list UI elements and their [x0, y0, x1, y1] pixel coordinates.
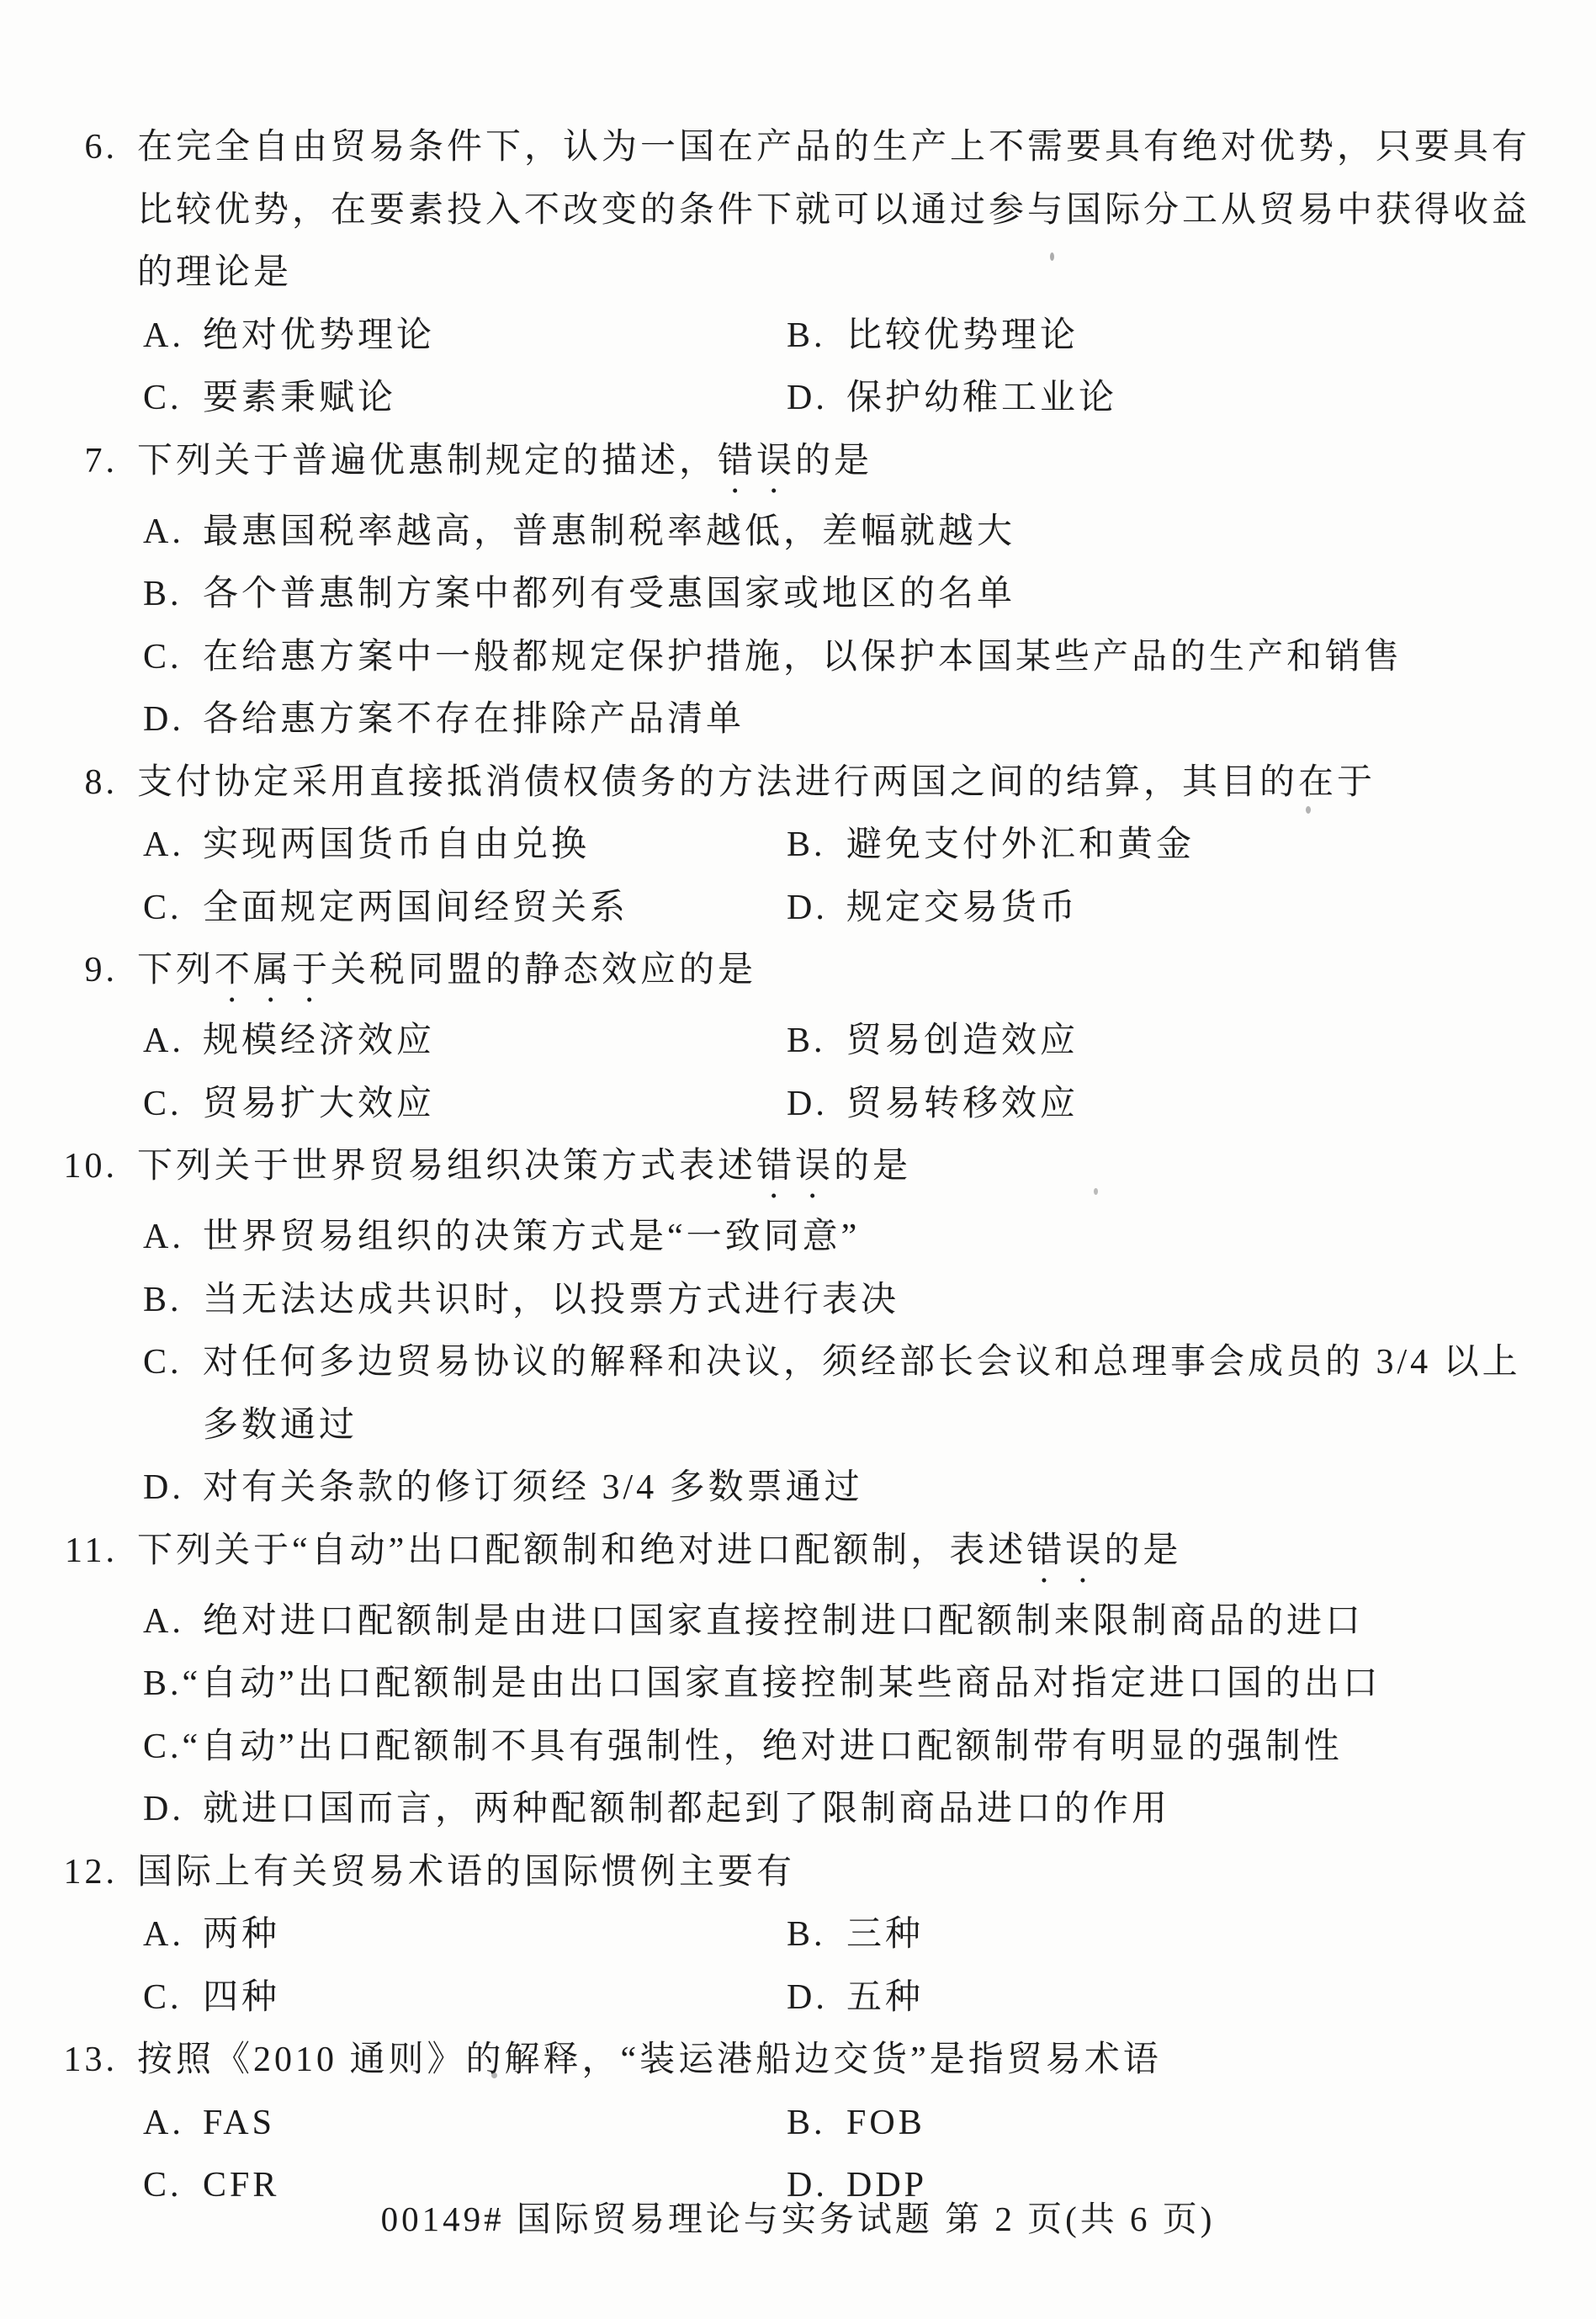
option-text: 对任何多边贸易协议的解释和决议，须经部长会议和总理事会成员的 3/4 以上 多数… — [203, 1331, 1546, 1457]
option-text: 三种 — [846, 1903, 1546, 1966]
question-13: 13. 按照《2010 通则》的解释，“装运港船边交货”是指贸易术语 A.FAS… — [0, 2029, 1596, 2217]
option-A: A.世界贸易组织的决策方式是“一致同意” — [143, 1206, 1546, 1269]
options-row: A.规模经济效应 B.贸易创造效应 — [0, 1010, 1596, 1073]
question-number: 13. — [0, 2029, 118, 2092]
option-D: D.五种 — [787, 1966, 1546, 2030]
option-C: C.“自动”出口配额制不具有强制性，绝对进口配额制带有明显的强制性 — [143, 1716, 1546, 1779]
stem-text: 下列关于世界贸易组织决策方式表述 — [137, 1147, 756, 1186]
scan-artifact — [1094, 1188, 1098, 1195]
stem-text: 的是 — [1104, 1531, 1181, 1570]
option-A: A.两种 — [143, 1903, 787, 1966]
option-B: B.当无法达成共识时，以投票方式进行表决 — [143, 1269, 1546, 1332]
question-stem-continuation: 的理论是 — [0, 241, 1596, 305]
options-row: C.贸易扩大效应 D.贸易转移效应 — [0, 1073, 1596, 1136]
question-stem: 下列关于“自动”出口配额制和绝对进口配额制，表述错误的是 — [137, 1520, 1534, 1590]
option-B: B.三种 — [787, 1903, 1546, 1966]
question-8: 8. 支付协定采用直接抵消债权债务的方法进行两国之间的结算，其目的在于 A.实现… — [0, 751, 1596, 940]
option-text-line: 多数通过 — [203, 1394, 1546, 1457]
options-row: C.要素秉赋论 D.保护幼稚工业论 — [0, 367, 1596, 430]
question-stem: 下列关于普遍优惠制规定的描述，错误的是 — [137, 430, 1534, 501]
scan-artifact — [1050, 252, 1054, 261]
question-stem: 下列关于世界贸易组织决策方式表述错误的是 — [137, 1135, 1534, 1206]
option-D: D.就进口国而言，两种配额制都起到了限制商品进口的作用 — [143, 1778, 1546, 1841]
options-row: A.绝对优势理论 B.比较优势理论 — [0, 305, 1596, 368]
option-A: A.绝对进口配额制是由进口国家直接控制进口配额制来限制商品的进口 — [143, 1590, 1546, 1653]
option-B: B.“自动”出口配额制是由出口国家直接控制某些商品对指定进口国的出口 — [143, 1653, 1546, 1716]
option-text: 规模经济效应 — [203, 1010, 787, 1073]
stem-text: 下列关于普遍优惠制规定的描述， — [137, 442, 718, 480]
option-label: A. — [143, 2092, 203, 2155]
stem-emphasized-text: 错误 — [756, 1147, 834, 1186]
question-7-stem-row: 7. 下列关于普遍优惠制规定的描述，错误的是 — [0, 430, 1596, 501]
options-row: A.两种 B.三种 — [0, 1903, 1596, 1966]
question-10: 10. 下列关于世界贸易组织决策方式表述错误的是 A.世界贸易组织的决策方式是“… — [0, 1135, 1596, 1520]
question-6: 6. 在完全自由贸易条件下，认为一国在产品的生产上不需要具有绝对优势，只要具有 … — [0, 116, 1596, 430]
question-number: 12. — [0, 1841, 118, 1904]
option-label: D. — [143, 1778, 203, 1841]
scan-artifact — [491, 2072, 497, 2078]
option-label: A. — [143, 501, 203, 564]
question-stem: 按照《2010 通则》的解释，“装运港船边交货”是指贸易术语 — [137, 2029, 1534, 2092]
question-number: 11. — [0, 1520, 118, 1590]
option-D: D.保护幼稚工业论 — [787, 367, 1546, 430]
option-D: D.各给惠方案不存在排除产品清单 — [143, 688, 1546, 751]
question-13-stem-row: 13. 按照《2010 通则》的解释，“装运港船边交货”是指贸易术语 — [0, 2029, 1596, 2092]
option-label: B. — [787, 305, 846, 368]
option-text: “自动”出口配额制不具有强制性，绝对进口配额制带有明显的强制性 — [183, 1716, 1546, 1779]
options-row: A.FAS B.FOB — [0, 2092, 1596, 2155]
option-text: 就进口国而言，两种配额制都起到了限制商品进口的作用 — [203, 1778, 1546, 1841]
option-A: A.规模经济效应 — [143, 1010, 787, 1073]
question-11: 11. 下列关于“自动”出口配额制和绝对进口配额制，表述错误的是 A.绝对进口配… — [0, 1520, 1596, 1841]
option-text: 贸易扩大效应 — [203, 1073, 787, 1136]
option-text: 全面规定两国间经贸关系 — [203, 877, 787, 940]
option-label: C. — [143, 367, 203, 430]
option-label: C. — [143, 1966, 203, 2030]
option-label: A. — [143, 305, 203, 368]
option-label: B. — [787, 2092, 846, 2155]
option-label: C. — [143, 877, 203, 940]
option-C: C.四种 — [143, 1966, 787, 2030]
option-label: D. — [787, 1073, 846, 1136]
option-label: D. — [787, 877, 846, 940]
stem-text: 关税同盟的静态效应的是 — [331, 951, 756, 990]
exam-page: 6. 在完全自由贸易条件下，认为一国在产品的生产上不需要具有绝对优势，只要具有 … — [0, 0, 1596, 2319]
option-text: 贸易转移效应 — [846, 1073, 1546, 1136]
stem-emphasized-text: 不属于 — [215, 951, 331, 990]
option-C-row: C.“自动”出口配额制不具有强制性，绝对进口配额制带有明显的强制性 — [0, 1716, 1596, 1779]
option-text: 在给惠方案中一般都规定保护措施，以保护本国某些产品的生产和销售 — [203, 626, 1546, 689]
options-row: A.实现两国货币自由兑换 B.避免支付外汇和黄金 — [0, 814, 1596, 877]
option-B: B.FOB — [787, 2092, 1546, 2155]
question-8-stem-row: 8. 支付协定采用直接抵消债权债务的方法进行两国之间的结算，其目的在于 — [0, 751, 1596, 815]
question-6-stem-row: 6. 在完全自由贸易条件下，认为一国在产品的生产上不需要具有绝对优势，只要具有 — [0, 116, 1596, 179]
scan-artifact — [1306, 806, 1311, 814]
option-A: A.绝对优势理论 — [143, 305, 787, 368]
option-text: 当无法达成共识时，以投票方式进行表决 — [203, 1269, 1546, 1332]
option-B-row: B.“自动”出口配额制是由出口国家直接控制某些商品对指定进口国的出口 — [0, 1653, 1596, 1716]
question-11-stem-row: 11. 下列关于“自动”出口配额制和绝对进口配额制，表述错误的是 — [0, 1520, 1596, 1590]
option-C: C.要素秉赋论 — [143, 367, 787, 430]
option-C-row: C. 对任何多边贸易协议的解释和决议，须经部长会议和总理事会成员的 3/4 以上… — [0, 1331, 1596, 1457]
option-label: A. — [143, 1590, 203, 1653]
option-label: B. — [143, 563, 203, 626]
option-B: B.各个普惠制方案中都列有受惠国家或地区的名单 — [143, 563, 1546, 626]
option-D: D.对有关条款的修订须经 3/4 多数票通过 — [143, 1457, 1546, 1520]
question-10-stem-row: 10. 下列关于世界贸易组织决策方式表述错误的是 — [0, 1135, 1596, 1206]
option-text: 各个普惠制方案中都列有受惠国家或地区的名单 — [203, 563, 1546, 626]
option-text: 实现两国货币自由兑换 — [203, 814, 787, 877]
option-B-row: B.当无法达成共识时，以投票方式进行表决 — [0, 1269, 1596, 1332]
option-D-row: D.就进口国而言，两种配额制都起到了限制商品进口的作用 — [0, 1778, 1596, 1841]
question-9-stem-row: 9. 下列不属于关税同盟的静态效应的是 — [0, 939, 1596, 1010]
option-text: 五种 — [846, 1966, 1546, 2030]
question-number: 10. — [0, 1135, 118, 1206]
option-A: A.FAS — [143, 2092, 787, 2155]
option-text: 两种 — [203, 1903, 787, 1966]
question-stem: 国际上有关贸易术语的国际惯例主要有 — [137, 1841, 1534, 1904]
option-label: D. — [143, 688, 203, 751]
question-number: 7. — [0, 430, 118, 501]
page-footer: 00149# 国际贸易理论与实务试题 第 2 页(共 6 页) — [0, 2198, 1596, 2240]
option-D-row: D.对有关条款的修订须经 3/4 多数票通过 — [0, 1457, 1596, 1520]
option-C: C.贸易扩大效应 — [143, 1073, 787, 1136]
option-text: 绝对进口配额制是由进口国家直接控制进口配额制来限制商品的进口 — [203, 1590, 1546, 1653]
question-number: 6. — [0, 116, 118, 179]
question-stem-continuation: 比较优势，在要素投入不改变的条件下就可以通过参与国际分工从贸易中获得收益 — [0, 179, 1596, 242]
option-label: B. — [787, 1010, 846, 1073]
option-label: C. — [143, 626, 203, 689]
option-label: B. — [143, 1269, 203, 1332]
option-A: A.实现两国货币自由兑换 — [143, 814, 787, 877]
option-C-row: C.在给惠方案中一般都规定保护措施，以保护本国某些产品的生产和销售 — [0, 626, 1596, 689]
option-text: “自动”出口配额制是由出口国家直接控制某些商品对指定进口国的出口 — [183, 1653, 1546, 1716]
stem-emphasized-text: 错误 — [1026, 1531, 1104, 1570]
option-D-row: D.各给惠方案不存在排除产品清单 — [0, 688, 1596, 751]
option-A-row: A.最惠国税率越高，普惠制税率越低，差幅就越大 — [0, 501, 1596, 564]
question-stem: 在完全自由贸易条件下，认为一国在产品的生产上不需要具有绝对优势，只要具有 — [137, 116, 1534, 179]
option-C: C. 对任何多边贸易协议的解释和决议，须经部长会议和总理事会成员的 3/4 以上… — [143, 1331, 1546, 1457]
option-A-row: A.世界贸易组织的决策方式是“一致同意” — [0, 1206, 1596, 1269]
question-12: 12. 国际上有关贸易术语的国际惯例主要有 A.两种 B.三种 C.四种 D.五… — [0, 1841, 1596, 2030]
option-text: 世界贸易组织的决策方式是“一致同意” — [203, 1206, 1546, 1269]
option-text-line: 对任何多边贸易协议的解释和决议，须经部长会议和总理事会成员的 3/4 以上 — [203, 1331, 1546, 1394]
option-text: 要素秉赋论 — [203, 367, 787, 430]
option-label: B. — [787, 1903, 846, 1966]
question-7: 7. 下列关于普遍优惠制规定的描述，错误的是 A.最惠国税率越高，普惠制税率越低… — [0, 430, 1596, 751]
option-label: B. — [787, 814, 846, 877]
option-text: 四种 — [203, 1966, 787, 2030]
option-text: 对有关条款的修订须经 3/4 多数票通过 — [203, 1457, 1546, 1520]
option-text: 最惠国税率越高，普惠制税率越低，差幅就越大 — [203, 501, 1546, 564]
option-text: 规定交易货币 — [846, 877, 1546, 940]
option-C: C.全面规定两国间经贸关系 — [143, 877, 787, 940]
option-label: D. — [143, 1457, 203, 1520]
option-D: D.贸易转移效应 — [787, 1073, 1546, 1136]
question-number: 8. — [0, 751, 118, 815]
option-label: A. — [143, 1010, 203, 1073]
option-label: D. — [787, 1966, 846, 2030]
stem-text: 的是 — [834, 1147, 911, 1186]
question-stem: 下列不属于关税同盟的静态效应的是 — [137, 939, 1534, 1010]
stem-text: 下列关于“自动”出口配额制和绝对进口配额制，表述 — [137, 1531, 1026, 1570]
option-label: A. — [143, 814, 203, 877]
option-label: C. — [143, 1073, 203, 1136]
option-label: C. — [143, 1716, 183, 1779]
option-C: C.在给惠方案中一般都规定保护措施，以保护本国某些产品的生产和销售 — [143, 626, 1546, 689]
stem-emphasized-text: 错误 — [718, 442, 795, 480]
option-B: B.避免支付外汇和黄金 — [787, 814, 1546, 877]
option-text: 避免支付外汇和黄金 — [846, 814, 1546, 877]
stem-text: 的是 — [795, 442, 872, 480]
option-B: B.比较优势理论 — [787, 305, 1546, 368]
option-label: A. — [143, 1903, 203, 1966]
option-B: B.贸易创造效应 — [787, 1010, 1546, 1073]
question-stem: 支付协定采用直接抵消债权债务的方法进行两国之间的结算，其目的在于 — [137, 751, 1534, 815]
option-text: 各给惠方案不存在排除产品清单 — [203, 688, 1546, 751]
stem-text: 下列 — [137, 951, 215, 990]
option-text: 贸易创造效应 — [846, 1010, 1546, 1073]
option-A: A.最惠国税率越高，普惠制税率越低，差幅就越大 — [143, 501, 1546, 564]
options-row: C.全面规定两国间经贸关系 D.规定交易货币 — [0, 877, 1596, 940]
option-text: 保护幼稚工业论 — [846, 367, 1546, 430]
question-9: 9. 下列不属于关税同盟的静态效应的是 A.规模经济效应 B.贸易创造效应 C.… — [0, 939, 1596, 1135]
option-label: C. — [143, 1331, 203, 1457]
option-D: D.规定交易货币 — [787, 877, 1546, 940]
option-text: FAS — [203, 2092, 787, 2155]
option-label: A. — [143, 1206, 203, 1269]
options-row: C.四种 D.五种 — [0, 1966, 1596, 2030]
question-number: 9. — [0, 939, 118, 1010]
questions-area: 6. 在完全自由贸易条件下，认为一国在产品的生产上不需要具有绝对优势，只要具有 … — [0, 116, 1596, 2217]
option-text: 比较优势理论 — [846, 305, 1546, 368]
option-A-row: A.绝对进口配额制是由进口国家直接控制进口配额制来限制商品的进口 — [0, 1590, 1596, 1653]
option-text: FOB — [846, 2092, 1546, 2155]
question-12-stem-row: 12. 国际上有关贸易术语的国际惯例主要有 — [0, 1841, 1596, 1904]
option-label: D. — [787, 367, 846, 430]
option-B-row: B.各个普惠制方案中都列有受惠国家或地区的名单 — [0, 563, 1596, 626]
option-label: B. — [143, 1653, 183, 1716]
option-text: 绝对优势理论 — [203, 305, 787, 368]
